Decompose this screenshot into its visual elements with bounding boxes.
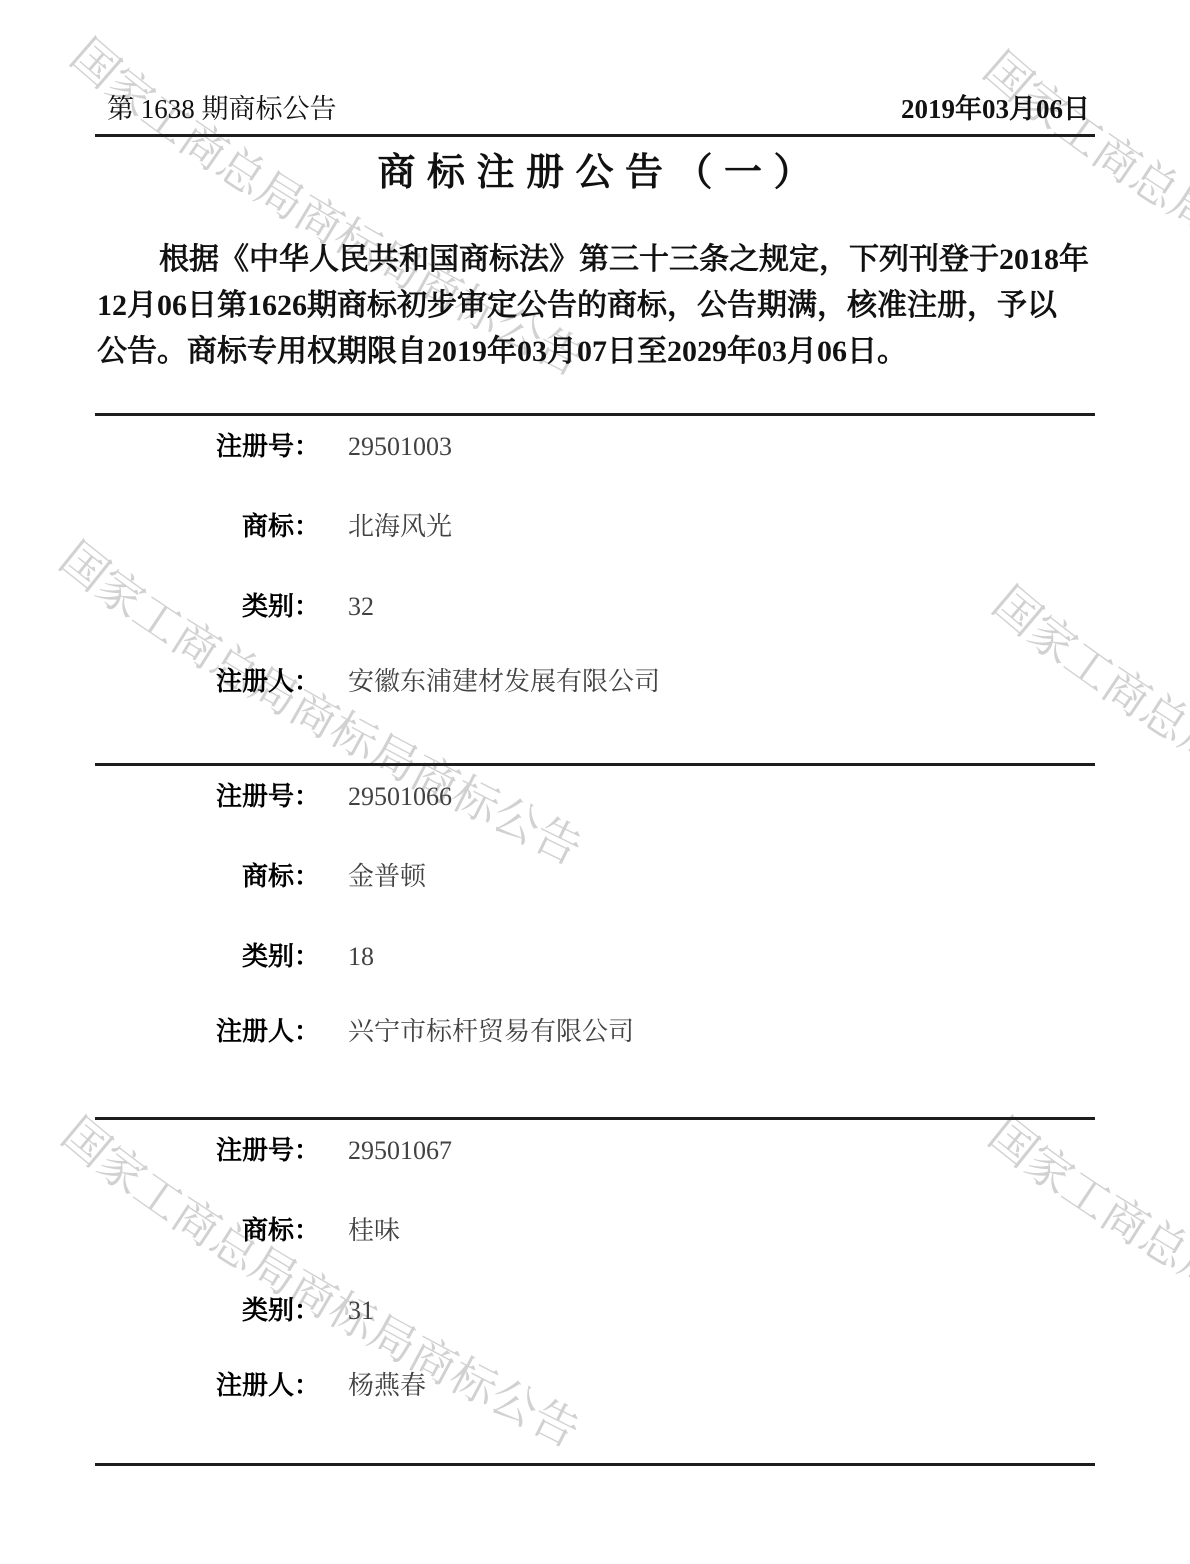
registration-number-value: 29501003 xyxy=(348,431,452,463)
trademark-label: 商标： xyxy=(175,861,320,893)
header-rule xyxy=(95,134,1095,137)
trademark-label: 商标： xyxy=(175,1215,320,1247)
gazette-page: 国家工商总局商标局商标公告 国家工商总局商标局商标公告 国家工商总局商标局商标公… xyxy=(0,0,1190,1564)
class-value: 18 xyxy=(348,941,374,973)
class-label: 类别： xyxy=(175,1295,320,1327)
registration-number-value: 29501066 xyxy=(348,781,452,813)
registration-number-label: 注册号： xyxy=(175,431,320,463)
registrant-value: 兴宁市标杆贸易有限公司 xyxy=(348,1016,634,1048)
trademark-value: 北海风光 xyxy=(348,511,452,543)
registrant-label: 注册人： xyxy=(175,1370,320,1402)
intro-line: 根据《中华人民共和国商标法》第三十三条之规定，下列刊登于2018年 xyxy=(97,237,1097,283)
registration-number-value: 29501067 xyxy=(348,1135,452,1167)
page-content: 第 1638 期商标公告 2019年03月06日 商 标 注 册 公 告 （ 一… xyxy=(0,0,1190,1564)
registration-number-label: 注册号： xyxy=(175,1135,320,1167)
trademark-value: 桂味 xyxy=(348,1215,400,1247)
class-label: 类别： xyxy=(175,591,320,623)
intro-paragraph: 根据《中华人民共和国商标法》第三十三条之规定，下列刊登于2018年 12月06日… xyxy=(97,237,1097,375)
trademark-entry: 注册号： 29501003 商标： 北海风光 类别： 32 注册人： 安徽东浦建… xyxy=(0,413,1190,763)
class-value: 32 xyxy=(348,591,374,623)
trademark-value: 金普顿 xyxy=(348,861,426,893)
registrant-label: 注册人： xyxy=(175,666,320,698)
trademark-entry: 注册号： 29501066 商标： 金普顿 类别： 18 注册人： 兴宁市标杆贸… xyxy=(0,763,1190,1113)
page-title: 商 标 注 册 公 告 （ 一 ） xyxy=(0,151,1190,195)
registration-number-label: 注册号： xyxy=(175,781,320,813)
trademark-label: 商标： xyxy=(175,511,320,543)
header-issue-label: 第 1638 期商标公告 xyxy=(107,94,337,124)
header-date: 2019年03月06日 xyxy=(901,94,1090,124)
registrant-value: 杨燕春 xyxy=(348,1370,426,1402)
intro-line: 12月06日第1626期商标初步审定公告的商标，公告期满，核准注册，予以 xyxy=(97,283,1097,329)
registrant-value: 安徽东浦建材发展有限公司 xyxy=(348,666,660,698)
trademark-entry: 注册号： 29501067 商标： 桂味 类别： 31 注册人： 杨燕春 xyxy=(0,1117,1190,1467)
class-value: 31 xyxy=(348,1295,374,1327)
class-label: 类别： xyxy=(175,941,320,973)
registrant-label: 注册人： xyxy=(175,1016,320,1048)
intro-line: 公告。商标专用权期限自2019年03月07日至2029年03月06日。 xyxy=(97,329,1097,375)
